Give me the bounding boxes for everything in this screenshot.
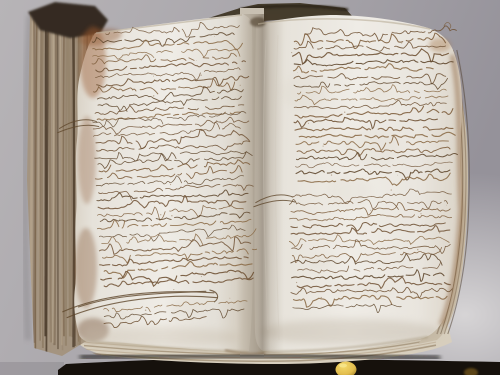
fore-edge-streak	[66, 19, 67, 345]
book	[27, 2, 478, 375]
bottom-soft-shadow	[260, 319, 440, 345]
fore-edge-streak	[69, 22, 71, 337]
bottom-soft-shadow	[80, 327, 240, 347]
paper-mottle	[280, 74, 328, 110]
photo-of-manuscript	[0, 0, 500, 375]
fore-edge-streak	[63, 12, 64, 336]
yellow-knob-highlight	[339, 364, 347, 368]
manuscript-scene	[0, 0, 500, 375]
corner-stain	[429, 38, 451, 52]
wall-bottom-left-shade	[0, 362, 64, 375]
fore-edge-streak	[42, 19, 43, 348]
paper-mottle	[170, 298, 202, 318]
rust-stain	[75, 228, 97, 308]
under-book-shadow	[80, 356, 440, 358]
paper-mottle	[167, 213, 213, 231]
paper-mottle	[341, 127, 399, 167]
